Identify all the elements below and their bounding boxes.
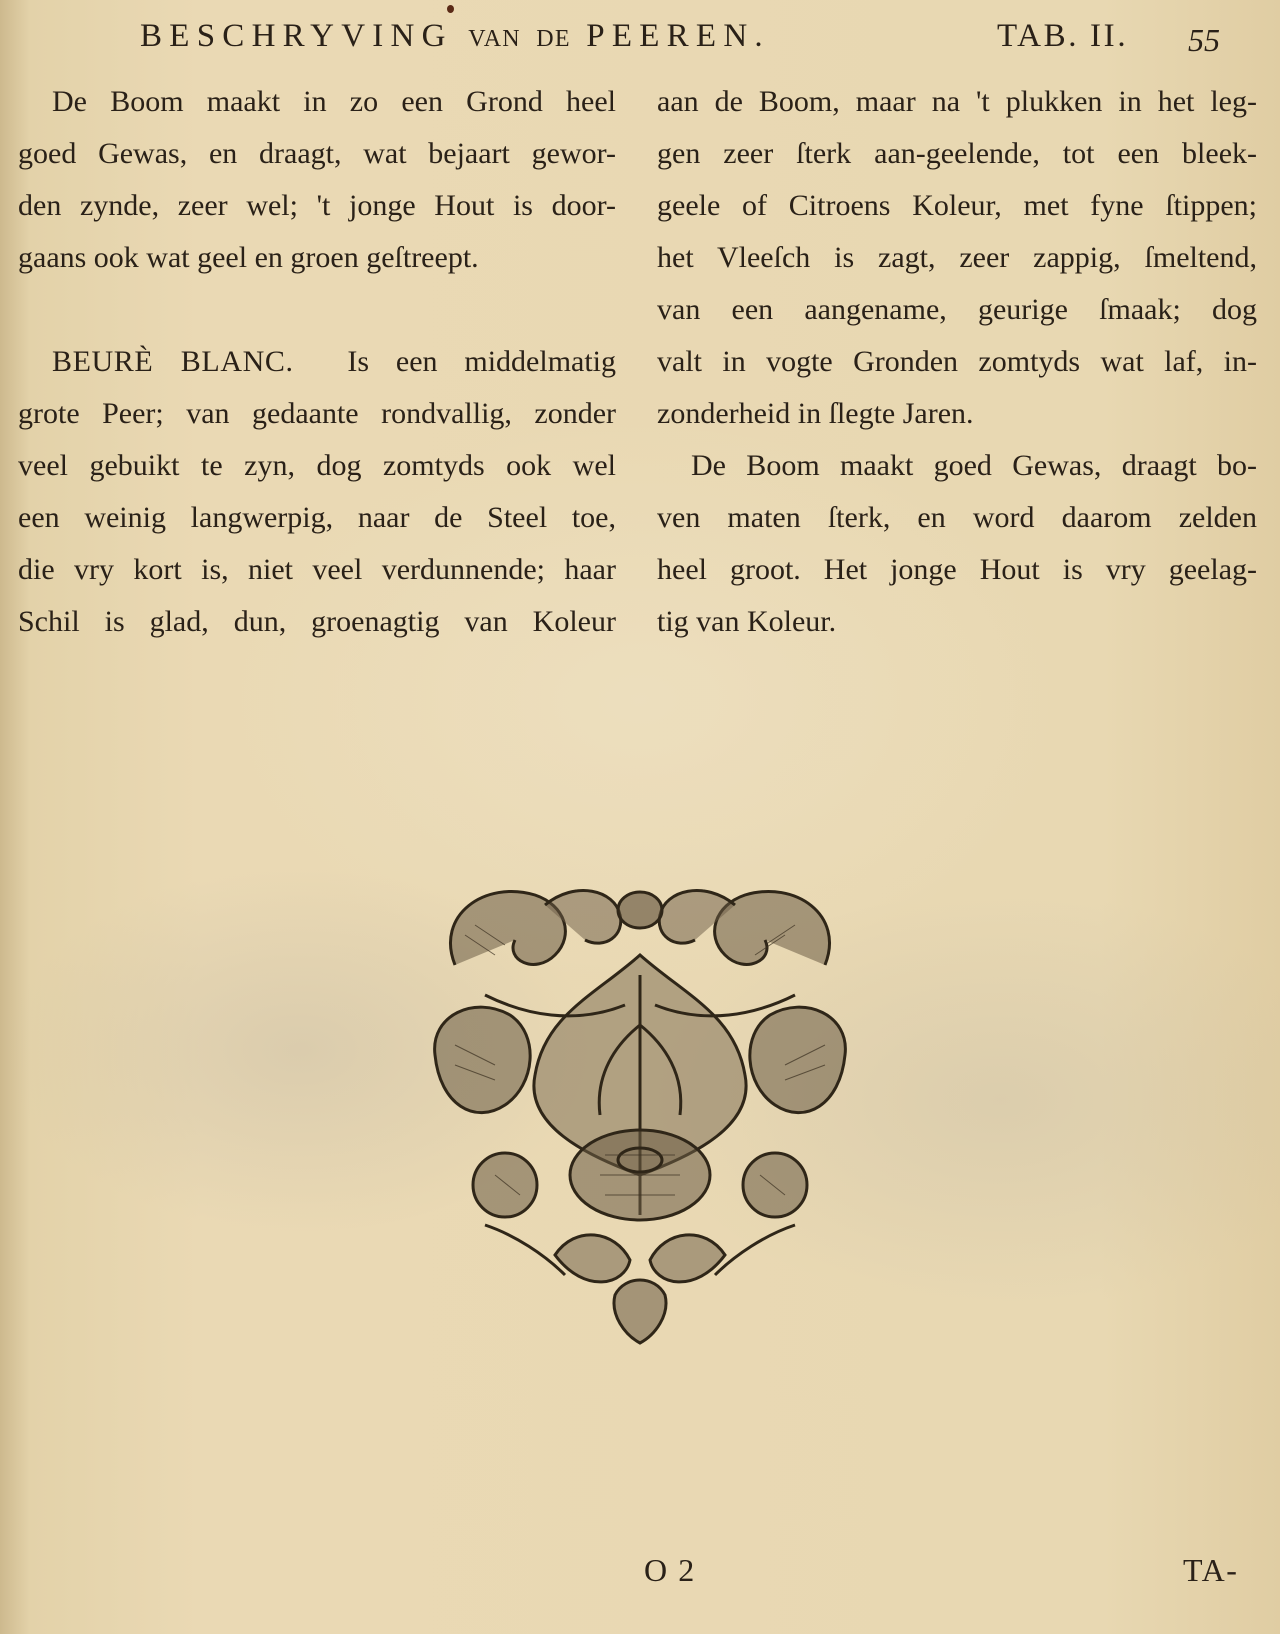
text-line: gaans ook wat geel en groen geſtreept. (18, 232, 616, 284)
book-page: BESCHRYVING VAN DE PEEREN. TAB. II. 55 D… (0, 0, 1280, 1634)
text-line: van een aangename, geurige ſmaak; dog (657, 284, 1257, 336)
page-number: 55 (1188, 22, 1220, 59)
text-line: De Boom maakt goed Gewas, draagt bo- (657, 440, 1257, 492)
text-line: geele of Citroens Koleur, met fyne ſtipp… (657, 180, 1257, 232)
running-head-connector-de: DE (536, 26, 570, 52)
text-line: zonderheid in ſlegte Jaren. (657, 388, 1257, 440)
text-line: aan de Boom, maar na 't plukken in het l… (657, 76, 1257, 128)
running-head-subject: PEEREN. (586, 18, 770, 54)
running-head-main-word: BESCHRYVING (140, 18, 453, 54)
text-line: tig van Koleur. (657, 596, 1257, 648)
paragraph-gap (18, 284, 616, 336)
catchword: TA- (1183, 1552, 1239, 1589)
entry-first-line: BEURÈ BLANC. Is een middelmatig (18, 336, 616, 388)
text-line: ven maten ſterk, en word daarom zelden (657, 492, 1257, 544)
variety-heading: BEURÈ BLANC. (52, 345, 294, 378)
text-line: een weinig langwerpig, naar de Steel toe… (18, 492, 616, 544)
running-head-connector-van: VAN (468, 26, 521, 52)
left-column: De Boom maakt in zo een Grond heel goed … (18, 76, 616, 648)
text-line: het Vleeſch is zagt, zeer zappig, ſmelte… (657, 232, 1257, 284)
text-line: goed Gewas, en draagt, wat bejaart gewor… (18, 128, 616, 180)
running-head: BESCHRYVING VAN DE PEEREN. TAB. II. 55 (140, 18, 1220, 64)
text-line: heel groot. Het jonge Hout is vry geelag… (657, 544, 1257, 596)
text-line: den zynde, zeer wel; 't jonge Hout is do… (18, 180, 616, 232)
text-line: De Boom maakt in zo een Grond heel (18, 76, 616, 128)
text-line: veel gebuikt te zyn, dog zomtyds ook wel (18, 440, 616, 492)
running-head-title: BESCHRYVING VAN DE PEEREN. (140, 18, 770, 55)
text-line: gen zeer ſterk aan-geelende, tot een ble… (657, 128, 1257, 180)
text-line: die vry kort is, niet veel verdunnende; … (18, 544, 616, 596)
text-line: Schil is glad, dun, groenagtig van Koleu… (18, 596, 616, 648)
signature-mark: O 2 (644, 1552, 696, 1589)
plate-reference: TAB. II. (997, 18, 1128, 55)
right-column: aan de Boom, maar na 't plukken in het l… (657, 76, 1257, 648)
floral-woodcut-tailpiece-icon (425, 875, 855, 1345)
text-fragment: Is een middelmatig (347, 345, 616, 378)
text-line: valt in vogte Gronden zomtyds wat laf, i… (657, 336, 1257, 388)
ink-spot (447, 5, 454, 13)
text-line: grote Peer; van gedaante rondvallig, zon… (18, 388, 616, 440)
